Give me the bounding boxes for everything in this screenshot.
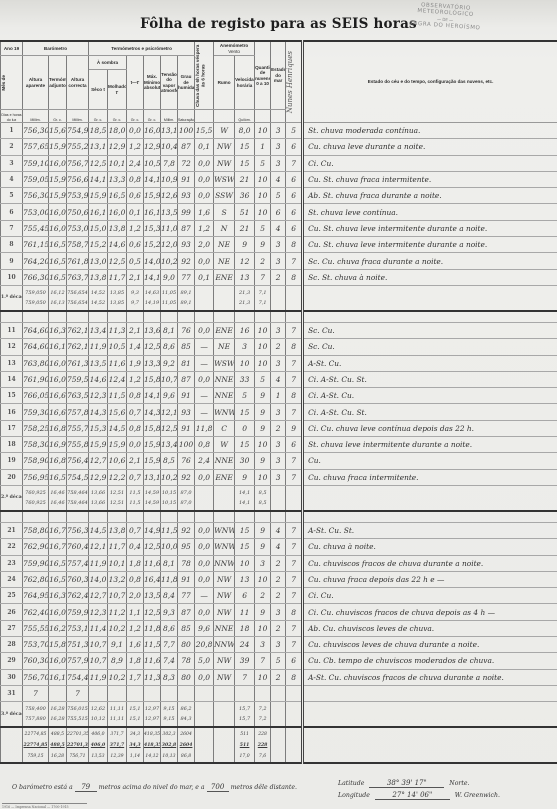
cell-term: 15,8: [49, 637, 67, 653]
cell-hum: 91: [178, 420, 195, 436]
cell-tens: 9,2: [161, 355, 178, 371]
summary-blank: [214, 702, 235, 728]
cell-extra: 6: [286, 220, 303, 236]
cell-rumo: ENE: [214, 469, 235, 485]
cell-molh: 14,5: [108, 420, 127, 436]
cell-vel: 39: [235, 653, 255, 669]
sky-description: Cu. chuva à noite.: [303, 539, 557, 555]
cell-alt: 761,15: [23, 237, 49, 253]
cell-nuv: 5: [255, 371, 271, 387]
cell-seco: [89, 685, 108, 701]
day-number: 12: [1, 339, 23, 355]
summary-blank: [195, 485, 214, 511]
summary-blank: [286, 285, 303, 311]
shade-header: À sombra: [89, 56, 127, 70]
table-row: 8761,1516,5758,7915,214,60,615,212,0932,…: [1, 237, 557, 253]
register-sheet: Fôlha de registo para as SEIS horas OBSE…: [0, 0, 557, 809]
cell-diff: 2,1: [127, 269, 144, 285]
total-min: 418,35418,3514,12: [144, 727, 161, 763]
cell-rumo: W: [214, 123, 235, 139]
summary-molh: 11,1111,11: [108, 702, 127, 728]
summary-nuv: 7,17,1: [255, 285, 271, 311]
cell-mar: 3: [271, 604, 286, 620]
cell-nuv: 7: [255, 269, 271, 285]
cell-alt: 762,40: [23, 604, 49, 620]
cell-vel: 9: [235, 237, 255, 253]
cell-vel: [235, 685, 255, 701]
cell-term: [49, 685, 67, 701]
cell-chuva: 11,8: [195, 420, 214, 436]
cell-nuv: 10: [255, 204, 271, 220]
cell-rumo: NNW: [214, 555, 235, 571]
cell-min: 12,9: [144, 139, 161, 155]
cell-mar: 6: [271, 204, 286, 220]
table-row: 11764,6016,3762,1413,411,32,113,68,1760,…: [1, 322, 557, 338]
cell-seco: 10,7: [89, 653, 108, 669]
cell-hum: 92: [178, 253, 195, 269]
day-number: 25: [1, 588, 23, 604]
sky-description: Ci. A-St. Cu. St.: [303, 404, 557, 420]
total-hum: 2604260486,8: [178, 727, 195, 763]
cell-alt: 759,10: [23, 155, 49, 171]
cell-tens: 10,0: [161, 539, 178, 555]
cell-mar: 2: [271, 669, 286, 685]
sky-description: Cu.: [303, 453, 557, 469]
barometer-distance: 700: [207, 783, 229, 792]
cell-nuv: 10: [255, 669, 271, 685]
table-row: 9764,2016,5761,8013,012,50,514,010,2920,…: [1, 253, 557, 269]
cell-term: 16,1: [49, 669, 67, 685]
summary-vel: 21,321,3: [235, 285, 255, 311]
cell-seco: 11,9: [89, 339, 108, 355]
cell-alt: 764,95: [23, 588, 49, 604]
vapor-tension-header: Tensão do vapor atmosférico: [161, 56, 178, 110]
unit-gc: Gr. c.: [144, 110, 161, 123]
cell-mar: 2: [271, 339, 286, 355]
cell-extra: 7: [286, 155, 303, 171]
cell-corr: 753,18: [67, 620, 89, 636]
difference-header: t—t': [127, 56, 144, 110]
days-hours-header: Dias e horas do luz: [1, 110, 23, 123]
summary-blank: [271, 702, 286, 728]
cell-diff: 0,6: [127, 188, 144, 204]
day-number: 21: [1, 522, 23, 538]
cell-nuv: 10: [255, 571, 271, 587]
cell-molh: 11,6: [108, 355, 127, 371]
total-blank: [195, 727, 214, 763]
cell-chuva: 0,0: [195, 155, 214, 171]
cell-extra: 7: [286, 522, 303, 538]
spacer-cell: [235, 511, 255, 523]
cell-corr: 760,43: [67, 539, 89, 555]
cell-term: 16,6: [49, 388, 67, 404]
latitude-value: 38° 39' 17": [369, 779, 444, 788]
table-row: 3177: [1, 685, 557, 701]
cell-nuv: 10: [255, 437, 271, 453]
cell-extra: 7: [286, 453, 303, 469]
cell-alt: 766,05: [23, 388, 49, 404]
unit-saturation: Saturação=100: [178, 110, 195, 123]
cell-diff: 1,2: [127, 220, 144, 236]
sky-description: Ci. Cu. chuva leve contínua depois das 2…: [303, 420, 557, 436]
cell-term: 16,0: [49, 371, 67, 387]
spacer-row: [1, 311, 557, 323]
cell-alt: 753,00: [23, 204, 49, 220]
cell-seco: 12,1: [89, 539, 108, 555]
cell-molh: 8,9: [108, 653, 127, 669]
unit-km: Quilóm.: [235, 110, 255, 123]
cell-term: 15,9: [49, 171, 67, 187]
apparent-height-header: Altura aparente: [23, 56, 49, 110]
cell-term: 16,9: [49, 437, 67, 453]
cell-corr: 761,38: [67, 355, 89, 371]
sky-description: St. chuva leve contínua.: [303, 204, 557, 220]
sky-description: A-St. Cu.: [303, 355, 557, 371]
cell-min: 15,9: [144, 453, 161, 469]
cell-nuv: 5: [255, 155, 271, 171]
cell-corr: 759,50: [67, 371, 89, 387]
sky-description: Ci. A-St. Cu. St.: [303, 371, 557, 387]
cell-hum: 80: [178, 637, 195, 653]
table-row: 10766,3016,5763,7813,811,72,114,19,0770,…: [1, 269, 557, 285]
cell-chuva: —: [195, 388, 214, 404]
cell-molh: 13,8: [108, 522, 127, 538]
cell-extra: 6: [286, 204, 303, 220]
cell-hum: 100: [178, 123, 195, 139]
cell-corr: 756,34: [67, 522, 89, 538]
wet-bulb-header: Molhado t': [108, 70, 127, 110]
summary-molh: 13,8513,85: [108, 285, 127, 311]
cell-vel: 15: [235, 539, 255, 555]
sky-description: Sc. St. chuva à noite.: [303, 269, 557, 285]
cell-mar: 2: [271, 420, 286, 436]
cell-vel: 8,0: [235, 123, 255, 139]
cell-corr: 757,44: [67, 555, 89, 571]
cell-term: 16,0: [49, 653, 67, 669]
cell-min: 15,8: [144, 371, 161, 387]
summary-blank: [303, 702, 557, 728]
cell-hum: 93: [178, 237, 195, 253]
sky-description: Cu. chuva fraca depois das 22 h e —: [303, 571, 557, 587]
cell-extra: 8: [286, 604, 303, 620]
cell-molh: 11,5: [108, 388, 127, 404]
cell-mar: 5: [271, 653, 286, 669]
cell-min: 15,8: [144, 420, 161, 436]
cell-vel: 10: [235, 555, 255, 571]
cell-alt: 757,65: [23, 139, 49, 155]
cell-diff: 0,7: [127, 404, 144, 420]
table-row: 18758,3016,9755,8015,915,90,015,913,4100…: [1, 437, 557, 453]
sky-description: Sc. Cu.: [303, 322, 557, 338]
total-blank: [286, 727, 303, 763]
cell-molh: 11,3: [108, 322, 127, 338]
day-number: 2: [1, 139, 23, 155]
table-row: 12764,6016,1762,1811,910,51,412,58,685—N…: [1, 339, 557, 355]
cell-corr: 754,96: [67, 123, 89, 139]
cell-tens: 9,0: [161, 269, 178, 285]
wind-speed-header: Velocidade horária: [235, 56, 255, 110]
cell-vel: 11: [235, 604, 255, 620]
humidity-header: Grau de humidade: [178, 56, 195, 110]
cell-nuv: 2: [255, 588, 271, 604]
table-row: 17758,2516,8755,7515,314,50,815,812,5911…: [1, 420, 557, 436]
cell-rumo: C: [214, 420, 235, 436]
cell-diff: 0,8: [127, 571, 144, 587]
cell-corr: 753,92: [67, 188, 89, 204]
cell-diff: 1,7: [127, 669, 144, 685]
cell-seco: 15,0: [89, 220, 108, 236]
cell-diff: 2,4: [127, 155, 144, 171]
cell-tens: 13,4: [161, 437, 178, 453]
sky-description: Ci. A-St. Cu.: [303, 388, 557, 404]
cell-extra: 7: [286, 637, 303, 653]
spacer-cell: [271, 311, 286, 323]
cell-corr: 759,93: [67, 604, 89, 620]
cell-mar: 3: [271, 637, 286, 653]
cell-hum: 77: [178, 269, 195, 285]
cell-chuva: 0,0: [195, 555, 214, 571]
cell-min: 15,9: [144, 188, 161, 204]
spacer-cell: [23, 311, 49, 323]
cell-corr: 762,45: [67, 588, 89, 604]
cell-term: 16,1: [49, 339, 67, 355]
summary-blank: [286, 485, 303, 511]
cell-vel: 24: [235, 637, 255, 653]
cell-diff: 0,7: [127, 522, 144, 538]
cell-vel: 9: [235, 469, 255, 485]
cell-corr: 762,18: [67, 339, 89, 355]
day-number: 3: [1, 155, 23, 171]
day-number: 7: [1, 220, 23, 236]
cell-term: 15,9: [49, 188, 67, 204]
summary-seco: 12,6210,12: [89, 702, 108, 728]
clouds-header: Quantidade de nuvens 0 a 10: [255, 41, 271, 110]
cell-min: 14,1: [144, 171, 161, 187]
cell-mar: 3: [271, 123, 286, 139]
cell-molh: 16,0: [108, 204, 127, 220]
unit-gc: Gr. c.: [108, 110, 127, 123]
unit-mm: Millim.: [161, 110, 178, 123]
cell-tens: 8,1: [161, 322, 178, 338]
spacer-cell: [144, 311, 161, 323]
cell-molh: 12,2: [108, 469, 127, 485]
cell-term: 16,8: [49, 453, 67, 469]
cell-hum: 95: [178, 539, 195, 555]
cell-molh: 12,4: [108, 371, 127, 387]
cell-diff: 0,7: [127, 469, 144, 485]
cell-mar: 4: [271, 371, 286, 387]
cell-rumo: WSW: [214, 171, 235, 187]
spacer-cell: [255, 511, 271, 523]
summary-vel: 14,114,1: [235, 485, 255, 511]
cell-mar: 3: [271, 469, 286, 485]
cell-vel: 36: [235, 188, 255, 204]
cell-molh: 11,7: [108, 269, 127, 285]
cell-chuva: 5,0: [195, 653, 214, 669]
cell-hum: 92: [178, 522, 195, 538]
cell-diff: 1,8: [127, 653, 144, 669]
cell-vel: 15: [235, 155, 255, 171]
cell-nuv: 9: [255, 388, 271, 404]
summary-alt: 758,400757,880: [23, 702, 49, 728]
cell-term: 16,5: [49, 253, 67, 269]
observer-signature: Nunes Henriques: [286, 41, 303, 123]
cell-extra: 7: [286, 469, 303, 485]
cell-min: 15,9: [144, 437, 161, 453]
cell-mar: 2: [271, 588, 286, 604]
sky-description: Ci. Cu.: [303, 588, 557, 604]
cell-molh: 11,2: [108, 604, 127, 620]
cell-mar: 3: [271, 139, 286, 155]
cell-min: 13,1: [144, 469, 161, 485]
cell-min: 15,2: [144, 237, 161, 253]
cell-term: 16,2: [49, 620, 67, 636]
cell-term: 16,3: [49, 322, 67, 338]
cell-mar: 3: [271, 355, 286, 371]
summary-blank: [195, 285, 214, 311]
cell-molh: 16,5: [108, 188, 127, 204]
cell-diff: 1,2: [127, 371, 144, 387]
cell-chuva: —: [195, 355, 214, 371]
cell-diff: 1,4: [127, 339, 144, 355]
spacer-cell: [127, 311, 144, 323]
cell-tens: 12,1: [161, 404, 178, 420]
cell-rumo: NE: [214, 339, 235, 355]
cell-alt: 7: [23, 685, 49, 701]
cell-nuv: 9: [255, 604, 271, 620]
thermometers-header: Termómetros e psicrómetro: [89, 41, 195, 56]
cell-nuv: 2: [255, 253, 271, 269]
cell-tens: 8,6: [161, 339, 178, 355]
sky-description: A-St. Cu. chuviscos fracos de chuva dura…: [303, 669, 557, 685]
spacer-cell: [49, 311, 67, 323]
cell-mar: 3: [271, 237, 286, 253]
table-row: 13763,8016,0761,3813,511,61,913,39,281—W…: [1, 355, 557, 371]
spacer-cell: [1, 511, 23, 523]
cell-tens: 7,8: [161, 155, 178, 171]
spacer-cell: [23, 511, 49, 523]
spacer-cell: [271, 511, 286, 523]
day-number: 29: [1, 653, 23, 669]
unit-mm: Millim.: [23, 110, 49, 123]
day-number: 9: [1, 253, 23, 269]
cell-molh: 10,1: [108, 155, 127, 171]
cell-extra: 6: [286, 188, 303, 204]
cell-chuva: 0,0: [195, 253, 214, 269]
cell-rumo: NW: [214, 571, 235, 587]
cell-min: 10,5: [144, 155, 161, 171]
spacer-cell: [67, 311, 89, 323]
cell-corr: 754,50: [67, 469, 89, 485]
cell-alt: 758,90: [23, 453, 49, 469]
cell-seco: 13,1: [89, 139, 108, 155]
cell-diff: [127, 685, 144, 701]
cell-mar: 4: [271, 171, 286, 187]
cell-seco: 15,9: [89, 437, 108, 453]
cell-alt: 764,20: [23, 253, 49, 269]
summary-tens: 10,1510,15: [161, 485, 178, 511]
cell-term: 16,5: [49, 555, 67, 571]
cell-vel: 15: [235, 404, 255, 420]
cell-diff: 0,1: [127, 204, 144, 220]
cell-diff: 0,6: [127, 237, 144, 253]
cell-vel: 13: [235, 269, 255, 285]
table-row: 2757,6515,9755,2613,112,91,212,910,4870,…: [1, 139, 557, 155]
summary-blank: [195, 702, 214, 728]
cell-tens: 10,4: [161, 139, 178, 155]
cell-seco: 12,9: [89, 469, 108, 485]
cell-nuv: 3: [255, 637, 271, 653]
cell-seco: 12,5: [89, 155, 108, 171]
cell-tens: 13,1: [161, 123, 178, 139]
day-number: 17: [1, 420, 23, 436]
cell-vel: 0: [235, 420, 255, 436]
sky-description: St. chuva leve intermitente durante a no…: [303, 437, 557, 453]
summary-hum: 87,087,0: [178, 485, 195, 511]
cell-tens: 9,6: [161, 388, 178, 404]
cell-corr: 761,80: [67, 253, 89, 269]
total-tens: 302,3302,810,13: [161, 727, 178, 763]
summary-min: 14,5914,59: [144, 485, 161, 511]
day-number: 27: [1, 620, 23, 636]
sky-description: St. chuva moderada contínua.: [303, 123, 557, 139]
cell-alt: 764,60: [23, 322, 49, 338]
day-number: 6: [1, 204, 23, 220]
cell-tens: 10,7: [161, 371, 178, 387]
cell-rumo: NW: [214, 653, 235, 669]
day-number: 1: [1, 123, 23, 139]
cell-mar: 2: [271, 571, 286, 587]
anemometer-header: AnemómetroVento: [214, 41, 255, 56]
cell-mar: 3: [271, 322, 286, 338]
cell-extra: 6: [286, 437, 303, 453]
cell-mar: 3: [271, 437, 286, 453]
sky-description: Ab. Cu. chuviscos leves de chuva.: [303, 620, 557, 636]
cell-term: 16,8: [49, 420, 67, 436]
unit-gc: Gr. c.: [89, 110, 108, 123]
cell-seco: 12,3: [89, 604, 108, 620]
decade-summary-row: 3.ª década758,400757,88016,2816,28756,01…: [1, 702, 557, 728]
summary-corr: 758,464758,464: [67, 485, 89, 511]
cell-nuv: 10: [255, 123, 271, 139]
cell-mar: 3: [271, 253, 286, 269]
cell-vel: 15: [235, 139, 255, 155]
summary-blank: [286, 702, 303, 728]
cell-seco: 11,9: [89, 555, 108, 571]
spacer-cell: [108, 511, 127, 523]
cell-hum: 93: [178, 188, 195, 204]
cell-extra: 5: [286, 123, 303, 139]
cell-min: 14,1: [144, 269, 161, 285]
cell-alt: 762,90: [23, 539, 49, 555]
cell-hum: 93: [178, 404, 195, 420]
cell-mar: 4: [271, 539, 286, 555]
cell-min: 13,3: [144, 355, 161, 371]
cell-hum: 87: [178, 220, 195, 236]
cell-mar: 3: [271, 155, 286, 171]
sky-description: Cu. St. chuva leve intermitente durante …: [303, 237, 557, 253]
cell-mar: 1: [271, 388, 286, 404]
cell-corr: 760,32: [67, 571, 89, 587]
cell-mar: 3: [271, 453, 286, 469]
cell-tens: 13,5: [161, 204, 178, 220]
cell-extra: 8: [286, 388, 303, 404]
cell-molh: 9,1: [108, 637, 127, 653]
cell-hum: 100: [178, 437, 195, 453]
cell-chuva: 0,0: [195, 522, 214, 538]
cell-diff: 1,2: [127, 620, 144, 636]
cell-chuva: 9,6: [195, 620, 214, 636]
